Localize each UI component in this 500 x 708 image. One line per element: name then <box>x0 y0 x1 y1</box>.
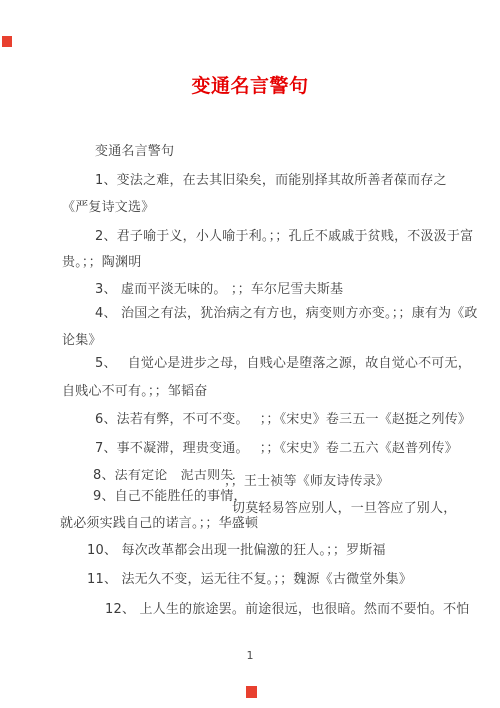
list-item-7: 7、事不凝滞，理贵变通。 ；；《宋史》卷二五六《赵普列传》 <box>95 442 458 456</box>
list-item-6: 6、法若有弊，不可不变。 ；；《宋史》卷三五一《赵挺之列传》 <box>95 413 471 427</box>
list-item-1: 1、变法之难，在去其旧染矣，而能别择其故所善者葆而存之 <box>95 174 447 188</box>
list-item-8-attribution: ；；王士祯等《师友诗传录》 <box>224 475 389 489</box>
document-title: 变通名言警句 <box>0 71 500 98</box>
list-item-4-continuation: 论集》 <box>62 334 102 348</box>
list-item-2-continuation: 贵。；；陶渊明 <box>62 256 141 270</box>
page-number: 1 <box>0 649 500 662</box>
list-item-9: 9、自己不能胜任的事情， <box>93 490 247 504</box>
list-item-1-attribution: 《严复诗文选》 <box>62 201 154 215</box>
list-item-9-floating-text: 切莫轻易答应别人，一旦答应了别人， <box>232 502 456 516</box>
list-item-2: 2、君子喻于义，小人喻于利。；；孔丘不戚戚于贫贱，不汲汲于富 <box>95 230 473 244</box>
red-marker-bottom <box>246 686 257 698</box>
list-item-4: 4、 治国之有法，犹治病之有方也，病变则方亦变。；；康有为《政 <box>95 307 478 321</box>
list-item-9-continuation: 就必须实践自己的诺言。；；华盛顿 <box>60 517 258 531</box>
section-heading: 变通名言警句 <box>95 145 174 159</box>
list-item-5-continuation: 自贱心不可有。；；邹韬奋 <box>62 385 207 399</box>
red-marker-top-left <box>2 36 12 47</box>
list-item-5: 5、 自觉心是进步之母，自贱心是堕落之源，故自觉心不可无， <box>95 357 471 371</box>
list-item-12: 12、 上人生的旅途罢。前途很远，也很暗。然而不要怕。不怕 <box>105 603 469 617</box>
list-item-10: 10、 每次改革都会出现一批偏激的狂人。；；罗斯福 <box>87 544 386 558</box>
list-item-11: 11、 法无久不变，运无往不复。；；魏源《古微堂外集》 <box>87 573 412 587</box>
list-item-3: 3、 虚而平淡无味的。 ；；车尔尼雪夫斯基 <box>95 283 343 297</box>
list-item-8-clipped: 8、法有定论 泥古则失 <box>93 469 233 480</box>
document-page: 变通名言警句 变通名言警句 1、变法之难，在去其旧染矣，而能别择其故所善者葆而存… <box>0 0 500 708</box>
